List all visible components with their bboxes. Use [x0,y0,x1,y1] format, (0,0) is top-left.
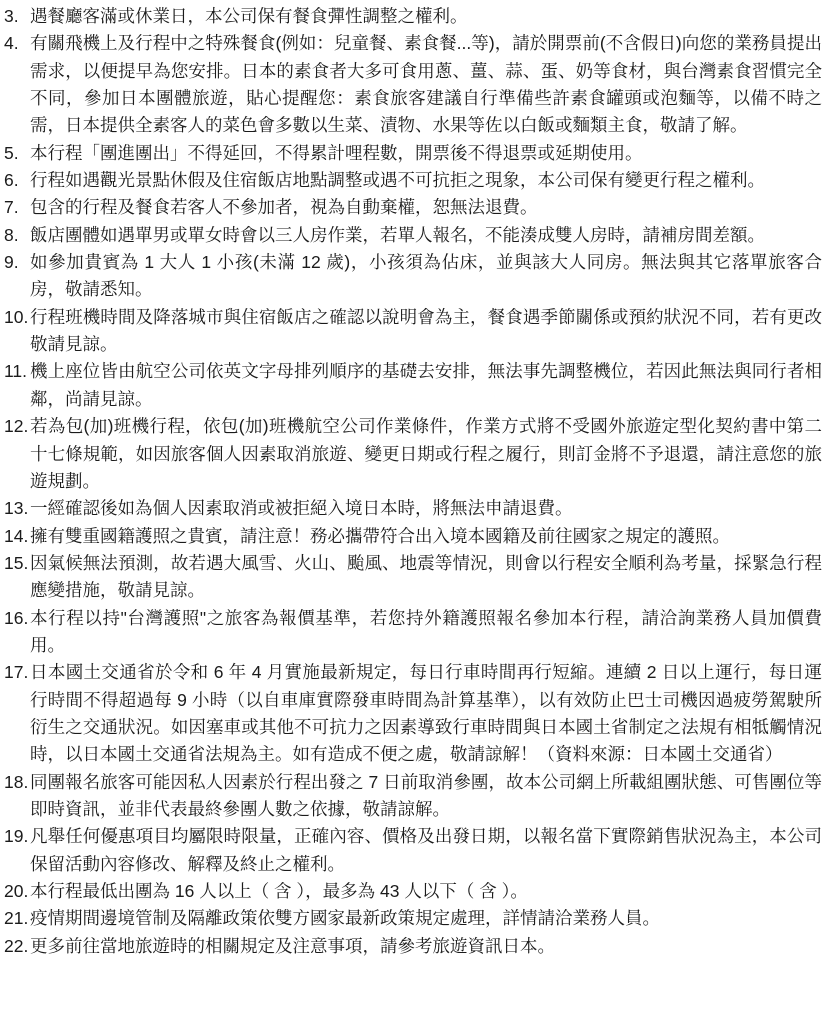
item-text: 若為包(加)班機行程，依包(加)班機航空公司作業條件，作業方式將不受國外旅遊定型… [30,416,822,491]
terms-item-21: 21.疫情期間邊境管制及隔離政策依雙方國家最新政策規定處理，詳情請洽業務人員。 [3,905,822,932]
item-text: 更多前往當地旅遊時的相關規定及注意事項，請參考旅遊資訊日本。 [30,936,555,956]
item-number: 8. [4,222,19,249]
item-number: 15. [4,550,28,577]
terms-item-16: 16.本行程以持"台灣護照"之旅客為報價基準，若您持外籍護照報名參加本行程，請洽… [3,605,822,660]
item-text: 飯店團體如遇單男或單女時會以三人房作業，若單人報名，不能湊成雙人房時，請補房間差… [30,225,765,245]
terms-item-13: 13.一經確認後如為個人因素取消或被拒絕入境日本時，將無法申請退費。 [3,495,822,522]
item-text: 凡舉任何優惠項目均屬限時限量，正確內容、價格及出發日期，以報名當下實際銷售狀況為… [30,826,822,873]
item-number: 22. [4,933,28,960]
item-number: 10. [4,304,28,331]
item-number: 6. [4,167,19,194]
item-number: 7. [4,194,19,221]
item-number: 19. [4,823,28,850]
item-number: 18. [4,769,28,796]
terms-item-5: 5.本行程「團進團出」不得延回，不得累計哩程數，開票後不得退票或延期使用。 [3,140,822,167]
terms-item-20: 20.本行程最低出團為 16 人以上（ 含 ），最多為 43 人以下（ 含 ）。 [3,878,822,905]
item-text: 有關飛機上及行程中之特殊餐食(例如：兒童餐、素食餐...等)，請於開票前(不含假… [30,33,822,135]
item-number: 17. [4,659,28,686]
terms-item-9: 9.如參加貴賓為 1 大人 1 小孩(未滿 12 歲)，小孩須為佔床，並與該大人… [3,249,822,304]
item-text: 同團報名旅客可能因私人因素於行程出發之 7 日前取消參團，故本公司網上所載組團狀… [30,772,822,819]
item-number: 21. [4,905,28,932]
terms-item-3: 3.遇餐廳客滿或休業日，本公司保有餐食彈性調整之權利。 [3,3,822,30]
terms-item-22: 22.更多前往當地旅遊時的相關規定及注意事項，請參考旅遊資訊日本。 [3,933,822,960]
item-number: 9. [4,249,19,276]
item-text: 本行程「團進團出」不得延回，不得累計哩程數，開票後不得退票或延期使用。 [30,143,643,163]
item-text: 擁有雙重國籍護照之貴賓，請注意！務必攜帶符合出入境本國籍及前往國家之規定的護照。 [30,526,730,546]
terms-item-4: 4.有關飛機上及行程中之特殊餐食(例如：兒童餐、素食餐...等)，請於開票前(不… [3,30,822,139]
item-number: 16. [4,605,28,632]
item-text: 行程班機時間及降落城市與住宿飯店之確認以說明會為主，餐食遇季節關係或預約狀況不同… [30,307,822,354]
item-number: 20. [4,878,28,905]
terms-item-6: 6.行程如遇觀光景點休假及住宿飯店地點調整或遇不可抗拒之現象，本公司保有變更行程… [3,167,822,194]
terms-item-14: 14.擁有雙重國籍護照之貴賓，請注意！務必攜帶符合出入境本國籍及前往國家之規定的… [3,523,822,550]
terms-document: 3.遇餐廳客滿或休業日，本公司保有餐食彈性調整之權利。 4.有關飛機上及行程中之… [0,0,826,960]
item-number: 3. [4,3,19,30]
item-text: 本行程以持"台灣護照"之旅客為報價基準，若您持外籍護照報名參加本行程，請洽詢業務… [30,608,822,655]
item-text: 因氣候無法預測，故若遇大風雪、火山、颱風、地震等情況，則會以行程安全順利為考量，… [30,553,822,600]
item-number: 12. [4,413,28,440]
item-text: 機上座位皆由航空公司依英文字母排列順序的基礎去安排，無法事先調整機位，若因此無法… [30,361,822,408]
terms-item-8: 8.飯店團體如遇單男或單女時會以三人房作業，若單人報名，不能湊成雙人房時，請補房… [3,222,822,249]
terms-item-18: 18.同團報名旅客可能因私人因素於行程出發之 7 日前取消參團，故本公司網上所載… [3,769,822,824]
item-text: 日本國土交通省於令和 6 年 4 月實施最新規定，每日行車時間再行短縮。連續 2… [30,662,822,764]
item-text: 一經確認後如為個人因素取消或被拒絕入境日本時，將無法申請退費。 [30,498,573,518]
item-text: 疫情期間邊境管制及隔離政策依雙方國家最新政策規定處理，詳情請洽業務人員。 [30,908,660,928]
terms-item-10: 10.行程班機時間及降落城市與住宿飯店之確認以說明會為主，餐食遇季節關係或預約狀… [3,304,822,359]
terms-item-12: 12.若為包(加)班機行程，依包(加)班機航空公司作業條件，作業方式將不受國外旅… [3,413,822,495]
item-number: 4. [4,30,19,57]
item-text: 行程如遇觀光景點休假及住宿飯店地點調整或遇不可抗拒之現象，本公司保有變更行程之權… [30,170,765,190]
item-text: 本行程最低出團為 16 人以上（ 含 ），最多為 43 人以下（ 含 ）。 [30,881,528,901]
item-number: 13. [4,495,28,522]
terms-item-11: 11.機上座位皆由航空公司依英文字母排列順序的基礎去安排，無法事先調整機位，若因… [3,358,822,413]
terms-item-19: 19.凡舉任何優惠項目均屬限時限量，正確內容、價格及出發日期，以報名當下實際銷售… [3,823,822,878]
terms-item-15: 15.因氣候無法預測，故若遇大風雪、火山、颱風、地震等情況，則會以行程安全順利為… [3,550,822,605]
item-text: 如參加貴賓為 1 大人 1 小孩(未滿 12 歲)，小孩須為佔床，並與該大人同房… [30,252,822,299]
item-text: 遇餐廳客滿或休業日，本公司保有餐食彈性調整之權利。 [30,6,468,26]
item-number: 11. [4,358,27,385]
terms-item-17: 17.日本國土交通省於令和 6 年 4 月實施最新規定，每日行車時間再行短縮。連… [3,659,822,768]
terms-item-7: 7.包含的行程及餐食若客人不參加者，視為自動棄權，恕無法退費。 [3,194,822,221]
item-text: 包含的行程及餐食若客人不參加者，視為自動棄權，恕無法退費。 [30,197,538,217]
item-number: 14. [4,523,28,550]
item-number: 5. [4,140,19,167]
